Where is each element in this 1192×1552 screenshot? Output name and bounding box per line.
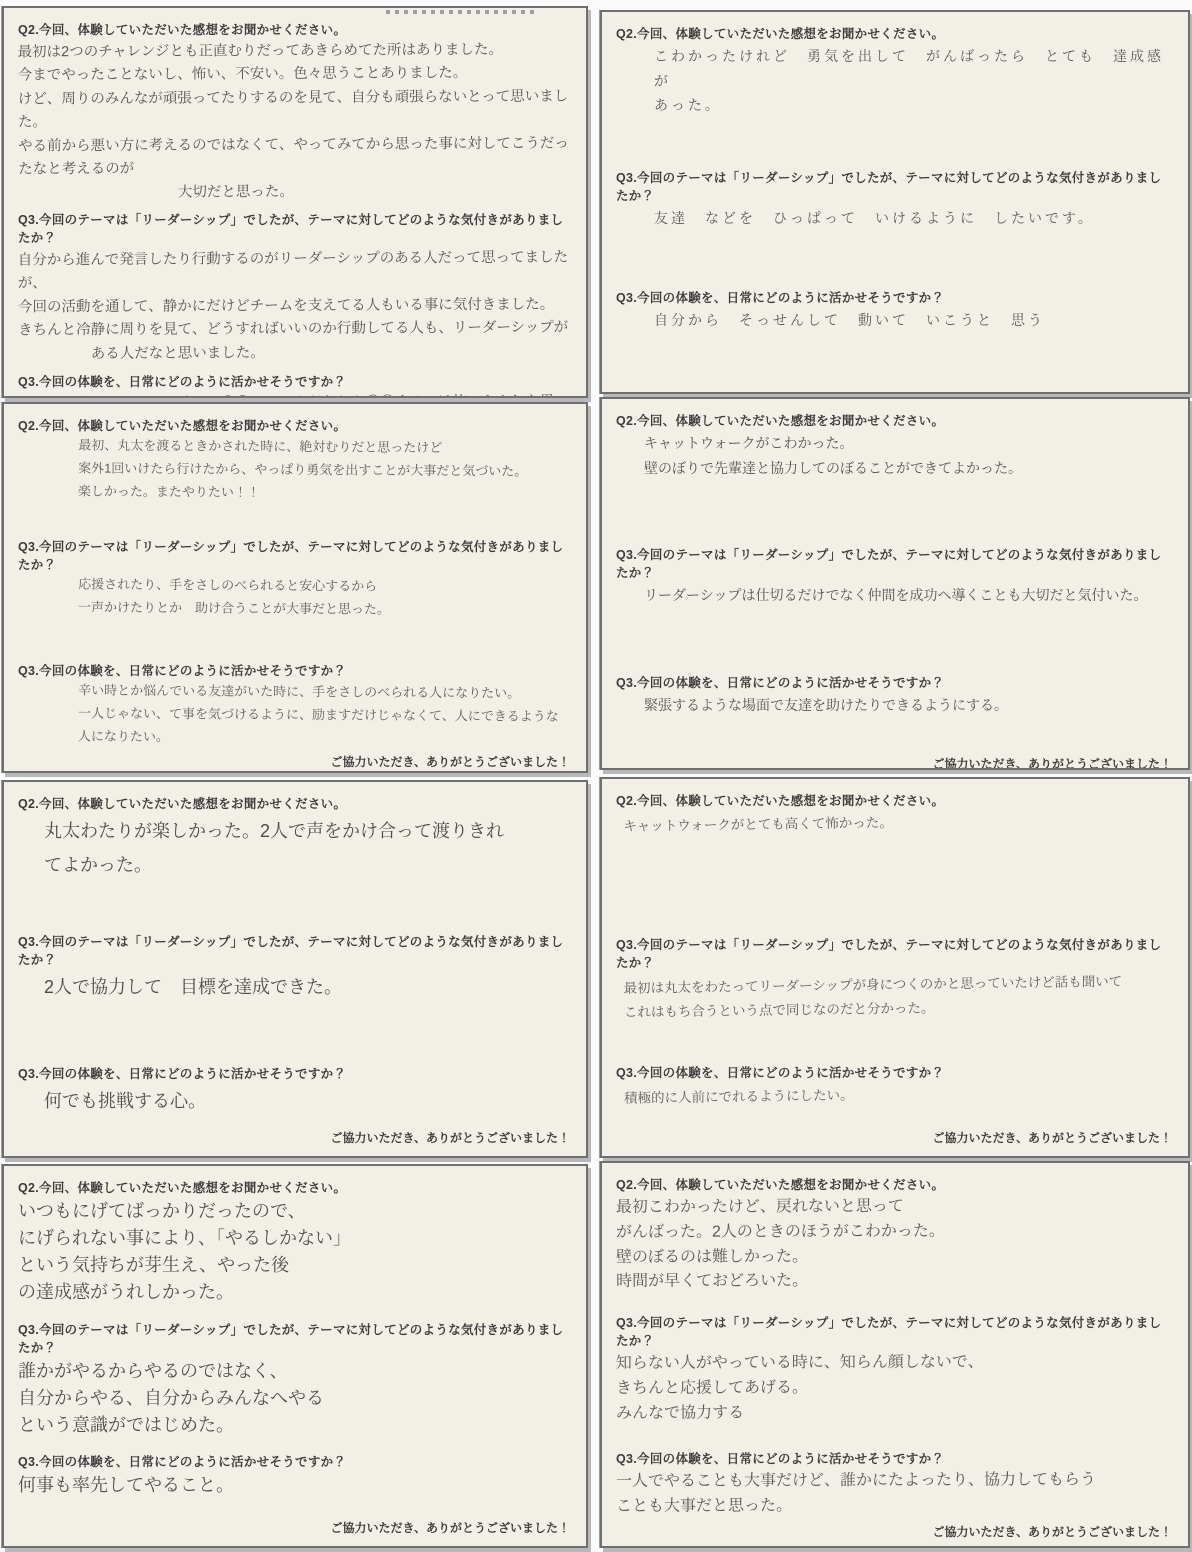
survey-card-7: Q2.今回、体験していただいた感想をお聞かせください。 いつもにげてばっかりだっ…: [2, 1164, 588, 1548]
q2-answer-handwriting: こわかったけれど 勇気を出して がんばったら とても 達成感が あった。: [616, 44, 1174, 162]
survey-card-2: Q2.今回、体験していただいた感想をお聞かせください。 こわかったけれど 勇気を…: [600, 10, 1190, 394]
survey-card-4: Q2.今回、体験していただいた感想をお聞かせください。 キャットウォークがこわか…: [600, 397, 1190, 770]
q3-theme-answer-handwriting: 最初は丸太をわたってリーダーシップが身につくのかと思っていたけど話も聞いて これ…: [615, 969, 1174, 1061]
q2-answer-handwriting: 最初は2つのチャレンジとも正直むりだってあきらめてた所はありました。 今までやっ…: [18, 39, 573, 206]
q3-daily-answer-handwriting: 一人でやることも大事だけど、誰かにたよったり、協力してもらう ことも大事だと思っ…: [616, 1468, 1174, 1520]
question-q2-label: Q2.今回、体験していただいた感想をお聞かせください。: [18, 416, 572, 434]
survey-card-6: Q2.今回、体験していただいた感想をお聞かせください。 キャットウォークがとても…: [600, 777, 1190, 1158]
cropped-handwriting-fragment: [386, 10, 536, 14]
q3-theme-answer-handwriting: 応援されたり、手をさしのべられると安心するから 一声かけたりとか 助け合うことが…: [18, 573, 573, 657]
q3-theme-answer-handwriting: リーダーシップは仕切るだけでなく仲間を成功へ導くことも大切だと気付いた。: [616, 583, 1174, 667]
thanks-note: ご協力いただき、ありがとうございました！: [616, 751, 1174, 770]
q2-answer-handwriting: 最初こわかったけど、戻れないと思って がんばった。2人のときのほうがこわかった。…: [616, 1194, 1174, 1308]
q3-theme-answer-handwriting: 友達 などを ひっぱって いけるように したいです。: [616, 206, 1174, 282]
question-q3-daily-label: Q3.今回の体験を、日常にどのように活かせそうですか？: [18, 1064, 572, 1082]
survey-card-5: Q2.今回、体験していただいた感想をお聞かせください。 丸太わたりが楽しかった。…: [2, 780, 588, 1158]
q3-daily-answer-handwriting: 自分から そっせんして 動いて いこうと 思う: [616, 308, 1174, 386]
question-q2-label: Q2.今回、体験していただいた感想をお聞かせください。: [616, 1175, 1174, 1193]
q2-answer-handwriting: いつもにげてばっかりだったので、 にげられない事により、「やるしかない」 という…: [18, 1198, 572, 1314]
question-q2-label: Q2.今回、体験していただいた感想をお聞かせください。: [616, 411, 1174, 429]
question-q3-daily-label: Q3.今回の体験を、日常にどのように活かせそうですか？: [616, 1063, 1174, 1081]
q2-answer-handwriting: キャットウォークがとても高くて怖かった。: [615, 807, 1175, 933]
thanks-note: ご協力いただき、ありがとうございました！: [616, 386, 1174, 394]
question-q3-theme-label: Q3.今回のテーマは「リーダーシップ」でしたが、テーマに対してどのような気付きが…: [616, 935, 1174, 971]
question-q3-theme-label: Q3.今回のテーマは「リーダーシップ」でしたが、テーマに対してどのような気付きが…: [616, 545, 1174, 581]
q3-theme-answer-handwriting: 誰かがやるからやるのではなく、 自分からやる、自分からみんなへやる という意識が…: [18, 1358, 572, 1446]
q3-daily-answer-handwriting: 何でも挑戦する心。: [18, 1084, 572, 1118]
q3-daily-answer-handwriting: 辛い時とか悩んでいる友達がいた時に、手をさしのべられる人になりたい。 一人じゃな…: [18, 679, 572, 751]
q3-daily-answer-handwriting: 緊張するような場面で友達を助けたりできるようにする。: [616, 693, 1174, 751]
question-q2-label: Q2.今回、体験していただいた感想をお聞かせください。: [18, 794, 572, 812]
survey-card-1: Q2.今回、体験していただいた感想をお聞かせください。 最初は2つのチャレンジと…: [2, 6, 588, 398]
thanks-note: ご協力いただき、ありがとうございました！: [18, 1125, 572, 1148]
q3-theme-answer-handwriting: 自分から進んで発言したり行動するのがリーダーシップのある人だって思ってましたが、…: [18, 247, 573, 367]
question-q3-theme-label: Q3.今回のテーマは「リーダーシップ」でしたが、テーマに対してどのような気付きが…: [18, 932, 572, 968]
thanks-note: ご協力いただき、ありがとうございました！: [18, 749, 572, 772]
question-q2-label: Q2.今回、体験していただいた感想をお聞かせください。: [616, 24, 1174, 42]
question-q3-daily-label: Q3.今回の体験を、日常にどのように活かせそうですか？: [616, 1449, 1174, 1467]
question-q2-label: Q2.今回、体験していただいた感想をお聞かせください。: [18, 1178, 572, 1196]
survey-card-3: Q2.今回、体験していただいた感想をお聞かせください。 最初、丸太を渡るときかさ…: [2, 402, 588, 773]
thanks-note: ご協力いただき、ありがとうございました！: [616, 1125, 1174, 1148]
q2-answer-handwriting: 最初、丸太を渡るときかされた時に、絶対むりだと思ったけど 案外1回いけたら行けた…: [18, 434, 573, 533]
q2-answer-handwriting: キャットウォークがこわかった。 壁のぼりで先輩達と協力してのぼることができてよか…: [616, 431, 1174, 539]
question-q3-daily-label: Q3.今回の体験を、日常にどのように活かせそうですか？: [616, 673, 1174, 691]
thanks-note: ご協力いただき、ありがとうございました！: [18, 1515, 572, 1538]
question-q3-theme-label: Q3.今回のテーマは「リーダーシップ」でしたが、テーマに対してどのような気付きが…: [18, 537, 572, 573]
q3-theme-answer-handwriting: 知らない人がやっている時に、知らん顔しないで、 きちんと応援してあげる。 みんな…: [616, 1350, 1174, 1444]
thanks-note: ご協力いただき、ありがとうございました！: [616, 1519, 1174, 1542]
question-q3-daily-label: Q3.今回の体験を、日常にどのように活かせそうですか？: [18, 372, 572, 390]
question-q2-label: Q2.今回、体験していただいた感想をお聞かせください。: [616, 791, 1174, 809]
question-q3-theme-label: Q3.今回のテーマは「リーダーシップ」でしたが、テーマに対してどのような気付きが…: [616, 1313, 1174, 1349]
q3-daily-answer-handwriting: 目の前の壁にぶつかった時に、〇〇だからやだなとか〇〇するのは怖いからとか思って …: [18, 390, 573, 398]
q3-daily-answer-handwriting: 積極的に人前にでれるようにしたい。: [616, 1079, 1174, 1110]
scanned-survey-sheet: Q2.今回、体験していただいた感想をお聞かせください。 最初は2つのチャレンジと…: [0, 0, 1192, 1552]
q2-answer-handwriting: 丸太わたりが楽しかった。2人で声をかけ合って渡りきれ てよかった。: [18, 814, 572, 926]
q3-theme-answer-handwriting: 2人で協力して 目標を達成できた。: [18, 970, 572, 1058]
question-q3-theme-label: Q3.今回のテーマは「リーダーシップ」でしたが、テーマに対してどのような気付きが…: [18, 1320, 572, 1356]
question-q2-label: Q2.今回、体験していただいた感想をお聞かせください。: [18, 20, 572, 38]
question-q3-theme-label: Q3.今回のテーマは「リーダーシップ」でしたが、テーマに対してどのような気付きが…: [616, 168, 1174, 204]
question-q3-daily-label: Q3.今回の体験を、日常にどのように活かせそうですか？: [18, 1452, 572, 1470]
question-q3-theme-label: Q3.今回のテーマは「リーダーシップ」でしたが、テーマに対してどのような気付きが…: [18, 210, 572, 246]
q3-daily-answer-handwriting: 何事も率先してやること。: [18, 1472, 572, 1499]
question-q3-daily-label: Q3.今回の体験を、日常にどのように活かせそうですか？: [616, 288, 1174, 306]
question-q3-daily-label: Q3.今回の体験を、日常にどのように活かせそうですか？: [18, 661, 572, 679]
survey-card-8: Q2.今回、体験していただいた感想をお聞かせください。 最初こわかったけど、戻れ…: [600, 1161, 1190, 1548]
